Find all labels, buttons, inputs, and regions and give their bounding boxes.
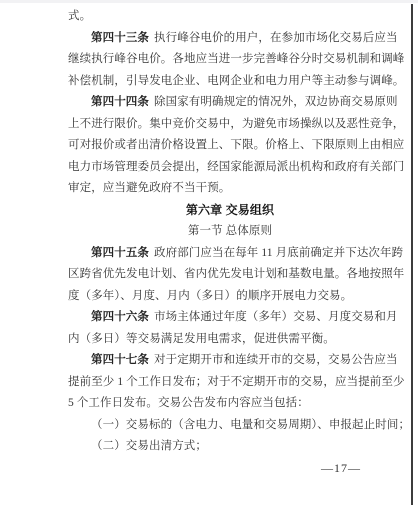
text-line: 第四十三条执行峰谷电价的用户，在参加市场化交易后应当 <box>68 28 392 50</box>
text-line: 电力市场管理委员会提出，经国家能源局派出机构和政府有关部门 <box>68 157 392 179</box>
text-line: 上不进行限价。集中竞价交易中，为避免市场操纵以及恶性竞争， <box>68 114 392 136</box>
article-number: 第四十七条 <box>91 354 149 366</box>
text-line: 第四十四条除国家有明确规定的情况外，双边协商交易原则 <box>68 92 392 114</box>
text-line: 第四十六条市场主体通过年度（多年）交易、月度交易和月 <box>68 307 392 329</box>
page-right-border <box>411 4 413 505</box>
chapter-heading: 第六章 交易组织 <box>68 200 392 222</box>
text-line: 度（多年）、月度、月内（多日）的顺序开展电力交易。 <box>68 286 392 308</box>
list-item: （二）交易出清方式； <box>68 436 392 458</box>
text-line: 第四十七条对于定期开市和连续开市的交易，交易公告应当 <box>68 350 392 372</box>
text-line: 式。 <box>68 6 392 28</box>
text-line: 审定，应当避免政府不当干预。 <box>68 178 392 200</box>
text-line: 第四十五条政府部门应当在每年 11 月底前确定并下达次年跨 <box>68 243 392 265</box>
text-line: 提前至少 1 个工作日发布；对于不定期开市的交易，应当提前至少 <box>68 372 392 394</box>
text-line: 补偿机制，引导发电企业、电网企业和电力用户等主动参与调峰。 <box>68 71 392 93</box>
text-line: 5 个工作日发布。交易公告发布内容应当包括： <box>68 393 392 415</box>
document-body: 式。第四十三条执行峰谷电价的用户，在参加市场化交易后应当继续执行峰谷电价。各地应… <box>68 6 392 458</box>
page-number: —17— <box>321 461 361 476</box>
article-number: 第四十四条 <box>91 96 149 108</box>
text-line: 可对报价或者出清价格设置上、下限。价格上、下限原则上由相应 <box>68 135 392 157</box>
article-number: 第四十五条 <box>91 247 149 259</box>
text-line: 内（多日）等交易满足发用电需求，促进供需平衡。 <box>68 329 392 351</box>
text-line: 继续执行峰谷电价。各地应当进一步完善峰谷分时交易机制和调峰 <box>68 49 392 71</box>
list-item: （一）交易标的（含电力、电量和交易周期）、申报起止时间； <box>68 415 392 437</box>
section-heading: 第一节 总体原则 <box>68 221 392 243</box>
document-page: { "document": { "lines": [ { "type": "bo… <box>0 0 418 526</box>
article-number: 第四十三条 <box>91 32 149 44</box>
scan-edge-top <box>0 0 418 3</box>
article-number: 第四十六条 <box>91 311 149 323</box>
text-line: 区跨省优先发电计划、省内优先发电计划和基数电量。各地按照年 <box>68 264 392 286</box>
